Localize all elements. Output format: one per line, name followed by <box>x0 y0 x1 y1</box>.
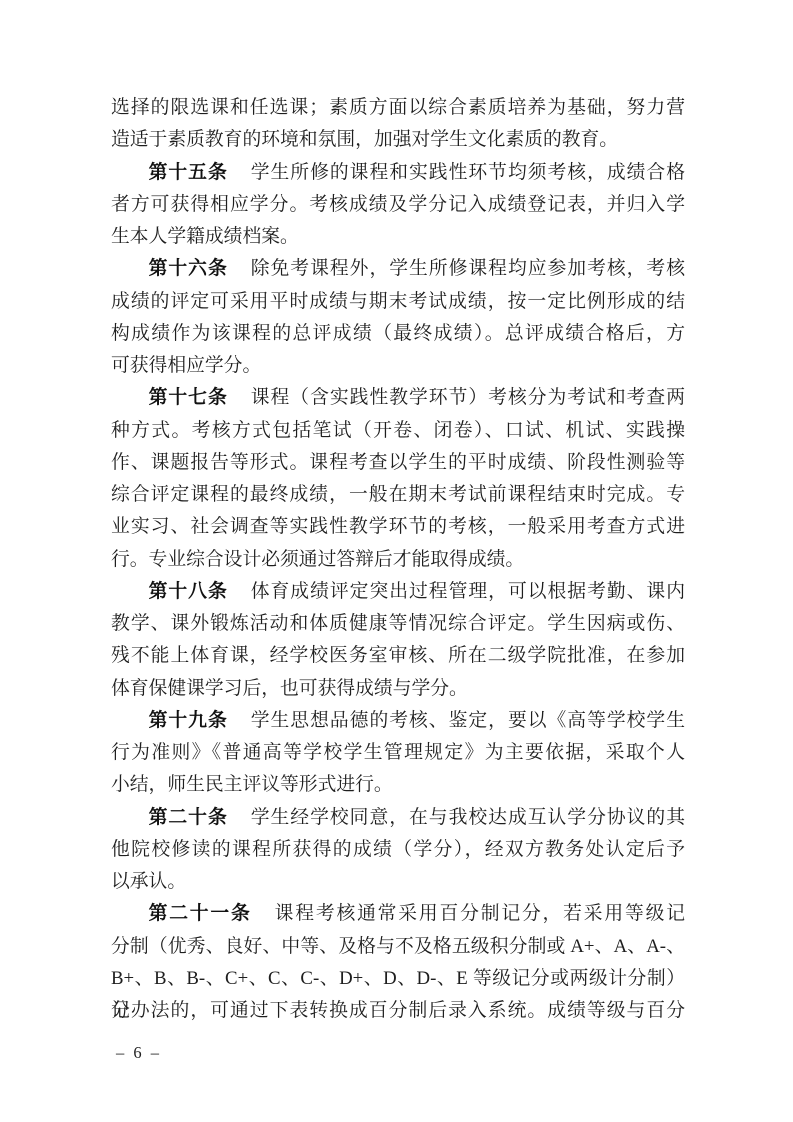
line-text: 课程（含实践性教学环节）考核分为考试和考查两 <box>251 387 685 408</box>
text-line: 业实习、社会调查等实践性教学环节的考核，一般采用考查方式进 <box>111 511 685 543</box>
text-line: 综合评定课程的最终成绩，一般在期末考试前课程结束时完成。专 <box>111 479 685 511</box>
article-heading-line: 第十五条学生所修的课程和实践性环节均须考核，成绩合格 <box>111 157 685 189</box>
line-text: 行。专业综合设计必须通过答辩后才能取得成绩。 <box>111 549 524 570</box>
article-number: 第十八条 <box>149 581 228 602</box>
line-text: 种方式。考核方式包括笔试（开卷、闭卷）、口试、机试、实践操 <box>111 420 685 441</box>
article-heading-line: 第二十一条课程考核通常采用百分制记分，若采用等级记 <box>111 898 685 930</box>
text-line: 他院校修读的课程所获得的成绩（学分），经双方教务处认定后予 <box>111 834 685 866</box>
line-text: 生本人学籍成绩档案。 <box>111 226 299 247</box>
line-text: 残不能上体育课，经学校医务室审核、所在二级学院批准，在参加 <box>111 645 685 666</box>
document-page: 选择的限选课和任选课；素质方面以综合素质培养为基础，努力营造适于素质教育的环境和… <box>0 0 793 1122</box>
text-line: 行。专业综合设计必须通过答辩后才能取得成绩。 <box>111 544 685 576</box>
text-line: 残不能上体育课，经学校医务室审核、所在二级学院批准，在参加 <box>111 640 685 672</box>
line-text: 学生经学校同意，在与我校达成互认学分协议的其 <box>251 807 685 828</box>
text-line: 选择的限选课和任选课；素质方面以综合素质培养为基础，努力营 <box>111 92 685 124</box>
article-heading-line: 第十六条除免考课程外，学生所修课程均应参加考核，考核 <box>111 253 685 285</box>
line-text: 体育保健课学习后，也可获得成绩与学分。 <box>111 678 468 699</box>
text-line: 以承认。 <box>111 866 685 898</box>
line-text: 他院校修读的课程所获得的成绩（学分），经双方教务处认定后予 <box>111 839 685 860</box>
text-line: 教学、课外锻炼活动和体质健康等情况综合评定。学生因病或伤、 <box>111 608 685 640</box>
article-number: 第十六条 <box>149 258 228 279</box>
line-text: 可获得相应学分。 <box>111 355 261 376</box>
text-line: 分制（优秀、良好、中等、及格与不及格五级积分制或 A+、A、A-、 <box>111 931 685 963</box>
article-number: 第十五条 <box>149 162 228 183</box>
text-line: 构成绩作为该课程的总评成绩（最终成绩）。总评成绩合格后，方 <box>111 318 685 350</box>
text-line: 生本人学籍成绩档案。 <box>111 221 685 253</box>
line-text: 分办法的，可通过下表转换成百分制后录入系统。成绩等级与百分 <box>111 1000 685 1021</box>
line-text: 以承认。 <box>111 871 186 892</box>
article-heading-line: 第二十条学生经学校同意，在与我校达成互认学分协议的其 <box>111 802 685 834</box>
line-text: 作、课题报告等形式。课程考查以学生的平时成绩、阶段性测验等 <box>111 452 685 473</box>
line-text: 成绩的评定可采用平时成绩与期末考试成绩，按一定比例形成的结 <box>111 291 685 312</box>
text-line: 可获得相应学分。 <box>111 350 685 382</box>
article-number: 第二十一条 <box>149 903 252 924</box>
page-number: – 6 – <box>116 1042 162 1064</box>
line-text: 小结，师生民主评议等形式进行。 <box>111 774 393 795</box>
text-line: 体育保健课学习后，也可获得成绩与学分。 <box>111 673 685 705</box>
line-text: 者方可获得相应学分。考核成绩及学分记入成绩登记表，并归入学 <box>111 194 685 215</box>
text-line: 成绩的评定可采用平时成绩与期末考试成绩，按一定比例形成的结 <box>111 286 685 318</box>
line-text: 学生所修的课程和实践性环节均须考核，成绩合格 <box>251 162 685 183</box>
text-line: 造适于素质教育的环境和氛围，加强对学生文化素质的教育。 <box>111 124 685 156</box>
line-text: 教学、课外锻炼活动和体质健康等情况综合评定。学生因病或伤、 <box>111 613 685 634</box>
article-number: 第十七条 <box>149 387 228 408</box>
line-text: 除免考课程外，学生所修课程均应参加考核，考核 <box>251 258 685 279</box>
article-number: 第二十条 <box>149 807 228 828</box>
line-text: 综合评定课程的最终成绩，一般在期末考试前课程结束时完成。专 <box>111 484 685 505</box>
line-text: 行为准则》《普通高等学校学生管理规定》为主要依据，采取个人 <box>111 742 685 763</box>
text-line: B+、B、B-、C+、C、C-、D+、D、D-、E 等级记分或两级计分制）记 <box>111 963 685 995</box>
line-text: 学生思想品德的考核、鉴定，要以《高等学校学生 <box>251 710 685 731</box>
article-heading-line: 第十九条学生思想品德的考核、鉴定，要以《高等学校学生 <box>111 705 685 737</box>
line-text: 分制（优秀、良好、中等、及格与不及格五级积分制或 A+、A、A-、 <box>111 936 685 957</box>
line-text: 课程考核通常采用百分制记分，若采用等级记 <box>275 903 685 924</box>
text-line: 种方式。考核方式包括笔试（开卷、闭卷）、口试、机试、实践操 <box>111 415 685 447</box>
text-line: 者方可获得相应学分。考核成绩及学分记入成绩登记表，并归入学 <box>111 189 685 221</box>
line-text: 选择的限选课和任选课；素质方面以综合素质培养为基础，努力营 <box>111 97 685 118</box>
article-number: 第十九条 <box>149 710 228 731</box>
line-text: 体育成绩评定突出过程管理，可以根据考勤、课内 <box>251 581 685 602</box>
text-line: 分办法的，可通过下表转换成百分制后录入系统。成绩等级与百分 <box>111 995 685 1027</box>
text-line: 行为准则》《普通高等学校学生管理规定》为主要依据，采取个人 <box>111 737 685 769</box>
line-text: 构成绩作为该课程的总评成绩（最终成绩）。总评成绩合格后，方 <box>111 323 685 344</box>
text-line: 作、课题报告等形式。课程考查以学生的平时成绩、阶段性测验等 <box>111 447 685 479</box>
document-body: 选择的限选课和任选课；素质方面以综合素质培养为基础，努力营造适于素质教育的环境和… <box>111 92 685 1027</box>
text-line: 小结，师生民主评议等形式进行。 <box>111 769 685 801</box>
line-text: 造适于素质教育的环境和氛围，加强对学生文化素质的教育。 <box>111 129 618 150</box>
article-heading-line: 第十七条课程（含实践性教学环节）考核分为考试和考查两 <box>111 382 685 414</box>
line-text: 业实习、社会调查等实践性教学环节的考核，一般采用考查方式进 <box>111 516 685 537</box>
article-heading-line: 第十八条体育成绩评定突出过程管理，可以根据考勤、课内 <box>111 576 685 608</box>
